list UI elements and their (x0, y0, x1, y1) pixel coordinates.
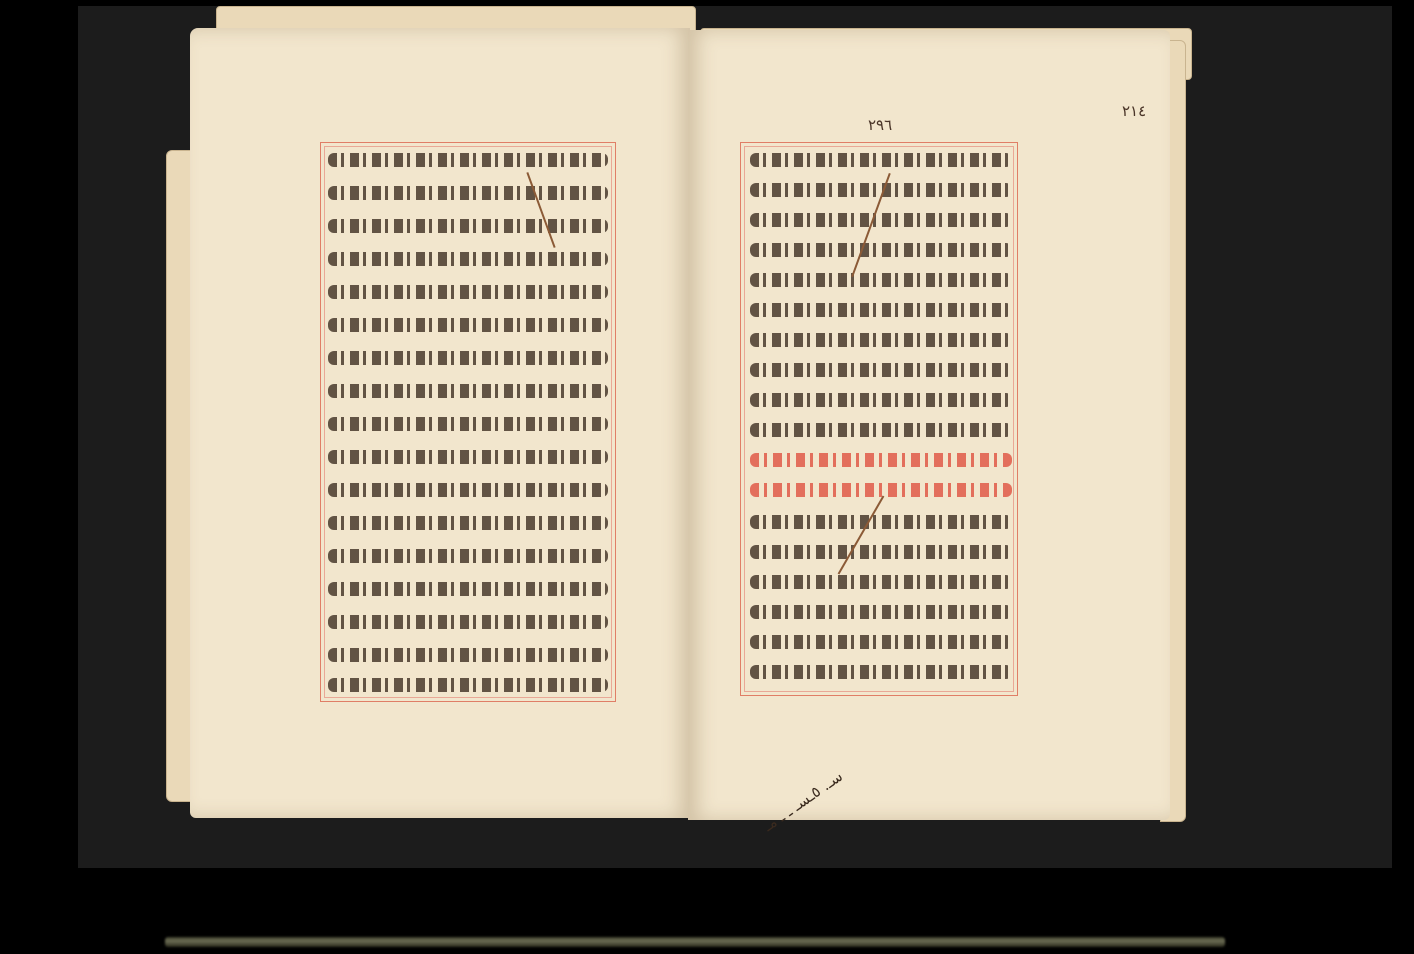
film-edge (165, 937, 1225, 947)
script-line (328, 186, 608, 200)
script-line (750, 153, 1012, 167)
script-line (328, 153, 608, 167)
script-line (328, 615, 608, 629)
script-line (328, 450, 608, 464)
script-line (750, 665, 1012, 679)
script-line (750, 363, 1012, 377)
rubric-line (750, 453, 1012, 467)
script-line (750, 423, 1012, 437)
script-line (328, 318, 608, 332)
script-line (328, 417, 608, 431)
script-line (750, 635, 1012, 649)
script-line (328, 582, 608, 596)
script-line (328, 648, 608, 662)
script-line (328, 252, 608, 266)
script-line (328, 384, 608, 398)
corner-number: ٢١٤ (1122, 102, 1146, 120)
script-line (328, 549, 608, 563)
folio-number: ٢٩٦ (868, 116, 892, 134)
script-line (750, 213, 1012, 227)
script-line (328, 351, 608, 365)
script-line (328, 516, 608, 530)
script-line (750, 393, 1012, 407)
rubric-line (750, 483, 1012, 497)
script-line (750, 333, 1012, 347)
script-line (750, 605, 1012, 619)
script-line (750, 515, 1012, 529)
script-line (328, 285, 608, 299)
script-line (750, 243, 1012, 257)
script-line (328, 483, 608, 497)
script-line (750, 545, 1012, 559)
script-line (750, 303, 1012, 317)
script-line (750, 575, 1012, 589)
script-line (328, 219, 608, 233)
script-line (750, 273, 1012, 287)
script-line (328, 678, 608, 692)
